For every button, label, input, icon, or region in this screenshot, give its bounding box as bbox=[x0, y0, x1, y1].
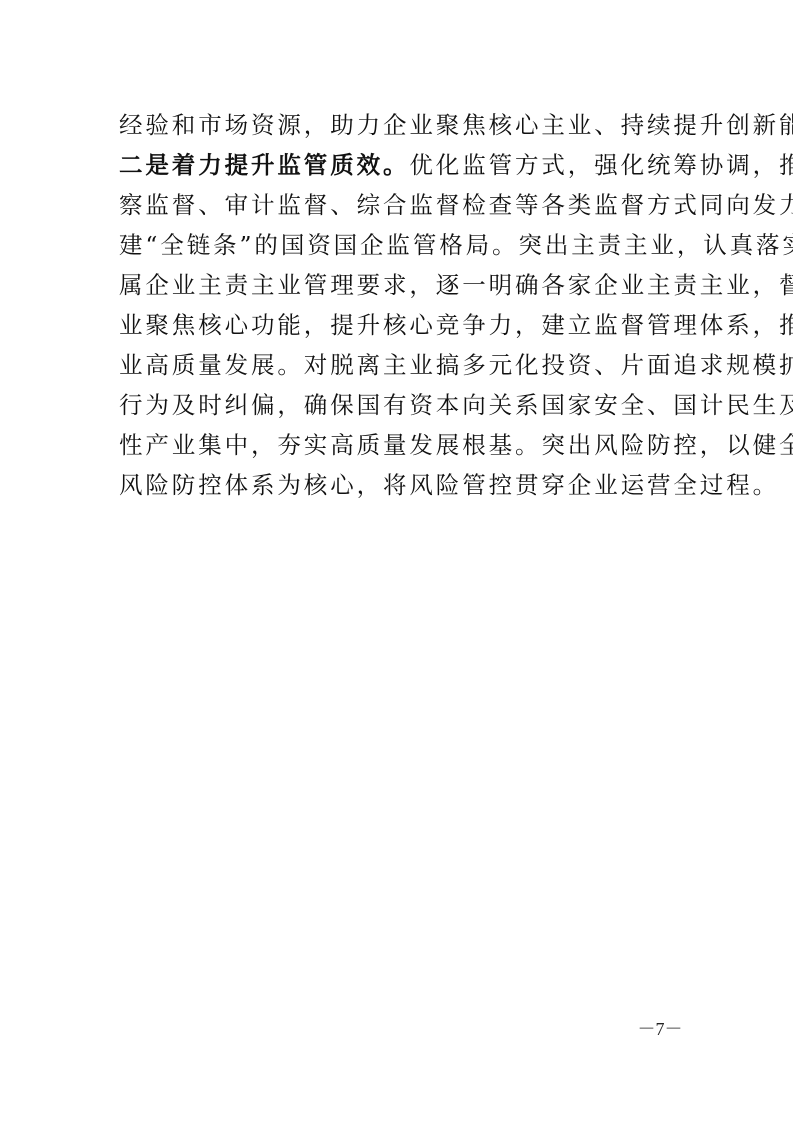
page-number: －7－ bbox=[630, 1015, 690, 1041]
text-line: 二是着力提升监管质效。优化监管方式，强化统筹协调，推动巡 bbox=[119, 145, 679, 185]
text-line: 察监督、审计监督、综合监督检查等各类监督方式同向发力，构 bbox=[119, 185, 679, 225]
text-line: 业高质量发展。对脱离主业搞多元化投资、片面追求规模扩张的 bbox=[119, 345, 679, 385]
document-page: 经验和市场资源，助力企业聚焦核心主业、持续提升创新能力。 二是着力提升监管质效。… bbox=[0, 0, 793, 1122]
text-line: 行为及时纠偏，确保国有资本向关系国家安全、国计民生及战略 bbox=[119, 385, 679, 425]
section-heading: 二是着力提升监管质效。 bbox=[119, 151, 409, 179]
text-line: 经验和市场资源，助力企业聚焦核心主业、持续提升创新能力。 bbox=[119, 105, 679, 145]
text-line: 性产业集中，夯实高质量发展根基。突出风险防控，以健全全面 bbox=[119, 425, 679, 465]
body-paragraphs: 经验和市场资源，助力企业聚焦核心主业、持续提升创新能力。 二是着力提升监管质效。… bbox=[119, 105, 679, 505]
text-line: 风险防控体系为核心，将风险管控贯穿企业运营全过程。 bbox=[119, 465, 679, 505]
text-line: 业聚焦核心功能，提升核心竞争力，建立监督管理体系，推动企 bbox=[119, 305, 679, 345]
text-line-content: 优化监管方式，强化统筹协调，推动巡 bbox=[409, 151, 793, 179]
text-line: 建“全链条”的国资国企监管格局。突出主责主业，认真落实市 bbox=[119, 225, 679, 265]
text-line: 属企业主责主业管理要求，逐一明确各家企业主责主业，督促企 bbox=[119, 265, 679, 305]
